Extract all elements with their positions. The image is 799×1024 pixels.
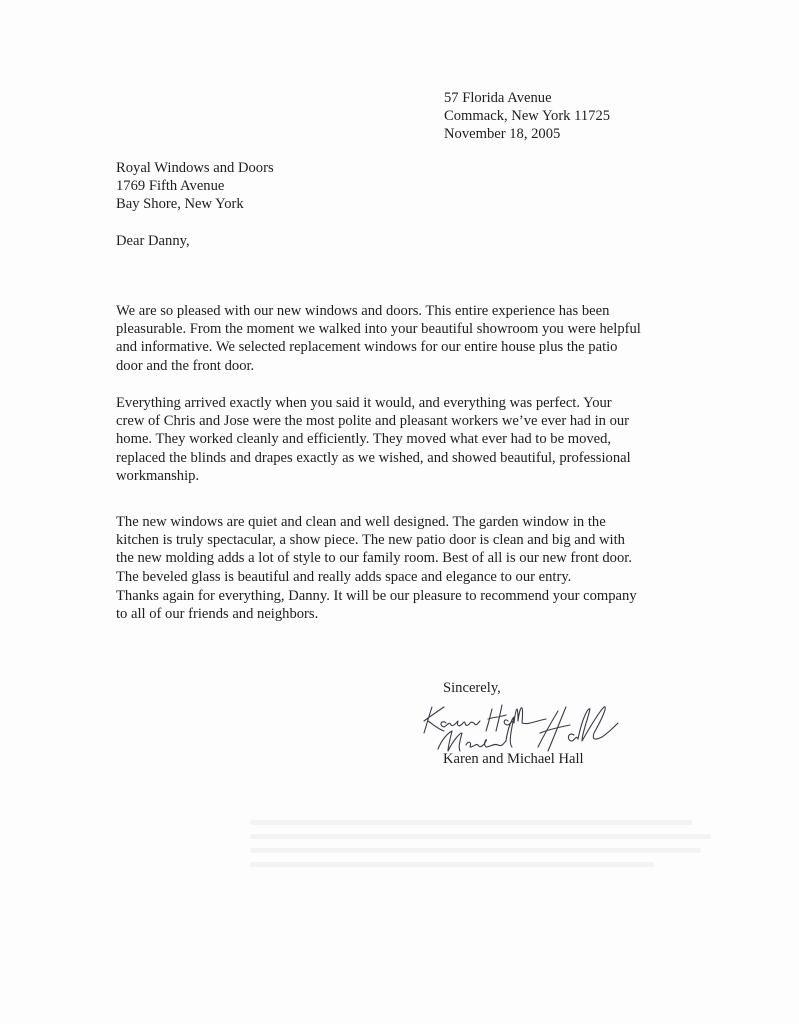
bleed-through-texture bbox=[250, 820, 720, 1000]
body-paragraph-4: Thanks again for everything, Danny. It w… bbox=[116, 587, 716, 623]
paragraph-line: pleasurable. From the moment we walked i… bbox=[116, 320, 716, 338]
recipient-city: Bay Shore, New York bbox=[116, 195, 274, 213]
paragraph-line: The new windows are quiet and clean and … bbox=[116, 513, 716, 531]
body-paragraph-3: The new windows are quiet and clean and … bbox=[116, 513, 716, 586]
body-paragraph-2: Everything arrived exactly when you said… bbox=[116, 394, 716, 485]
letter-date: November 18, 2005 bbox=[444, 125, 610, 143]
typed-signature-name: Karen and Michael Hall bbox=[443, 750, 584, 768]
recipient-street: 1769 Fifth Avenue bbox=[116, 177, 274, 195]
paragraph-line: crew of Chris and Jose were the most pol… bbox=[116, 412, 716, 430]
paragraph-line: Thanks again for everything, Danny. It w… bbox=[116, 587, 716, 605]
paragraph-line: door and the front door. bbox=[116, 357, 716, 375]
recipient-company: Royal Windows and Doors bbox=[116, 159, 274, 177]
salutation: Dear Danny, bbox=[116, 232, 190, 250]
paragraph-line: home. They worked cleanly and efficientl… bbox=[116, 430, 716, 448]
body-paragraph-1: We are so pleased with our new windows a… bbox=[116, 302, 716, 375]
handwritten-signature bbox=[418, 697, 628, 757]
paragraph-line: We are so pleased with our new windows a… bbox=[116, 302, 716, 320]
paragraph-line: The beveled glass is beautiful and reall… bbox=[116, 568, 716, 586]
paragraph-line: replaced the blinds and drapes exactly a… bbox=[116, 449, 716, 467]
recipient-address: Royal Windows and Doors 1769 Fifth Avenu… bbox=[116, 159, 274, 214]
paragraph-line: to all of our friends and neighbors. bbox=[116, 605, 716, 623]
paragraph-line: kitchen is truly spectacular, a show pie… bbox=[116, 531, 716, 549]
sender-address: 57 Florida Avenue Commack, New York 1172… bbox=[444, 89, 610, 144]
paragraph-line: the new molding adds a lot of style to o… bbox=[116, 549, 716, 567]
closing: Sincerely, bbox=[443, 679, 501, 697]
sender-street: 57 Florida Avenue bbox=[444, 89, 610, 107]
paragraph-line: and informative. We selected replacement… bbox=[116, 338, 716, 356]
sender-city: Commack, New York 11725 bbox=[444, 107, 610, 125]
paragraph-line: workmanship. bbox=[116, 467, 716, 485]
letter-page: 57 Florida Avenue Commack, New York 1172… bbox=[0, 0, 799, 1024]
paragraph-line: Everything arrived exactly when you said… bbox=[116, 394, 716, 412]
